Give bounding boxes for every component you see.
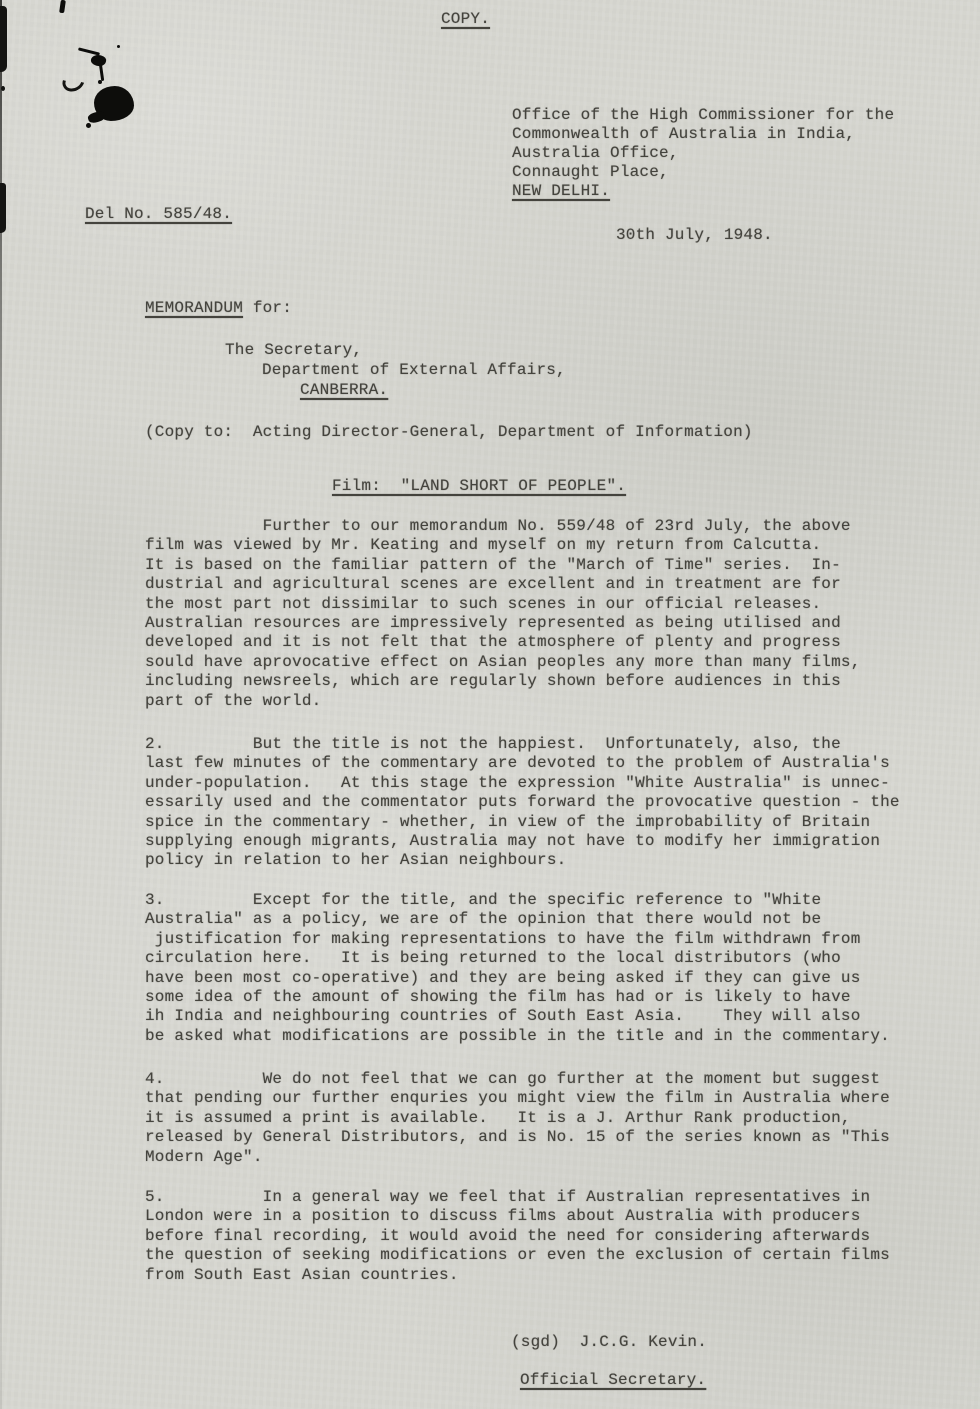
ink-speck: [86, 123, 91, 128]
paragraph-2: 2. But the title is not the happiest. Un…: [145, 735, 900, 871]
ink-speck: [98, 80, 102, 84]
ink-speck: [117, 45, 120, 48]
copy-to-line: (Copy to: Acting Director-General, Depar…: [145, 423, 753, 442]
letterhead-line: Australia Office,: [512, 144, 679, 163]
copy-stamp: COPY.: [441, 10, 490, 29]
letterhead-city: NEW DELHI.: [512, 182, 610, 201]
memo-heading-word: MEMORANDUM: [145, 299, 243, 317]
subject-line: Film: "LAND SHORT OF PEOPLE".: [332, 477, 626, 496]
ink-drip: [99, 63, 104, 81]
document-page: COPY. Office of the High Commissioner fo…: [0, 0, 980, 1409]
paragraph-1: Further to our memorandum No. 559/48 of …: [145, 517, 861, 711]
letterhead-line: Connaught Place,: [512, 163, 669, 182]
paragraph-4: 4. We do not feel that we can go further…: [145, 1070, 890, 1167]
ink-crescent: [59, 68, 88, 96]
ink-blot: [87, 109, 107, 124]
paragraph-5: 5. In a general way we feel that if Aust…: [145, 1188, 890, 1285]
scan-edge-artifact: [0, 0, 2, 1409]
ref-number: Del No. 585/48.: [85, 205, 232, 224]
recipient-city: CANBERRA.: [300, 381, 388, 400]
ink-drip: [78, 47, 100, 55]
paragraph-3: 3. Except for the title, and the specifi…: [145, 891, 890, 1046]
letterhead-line: Office of the High Commissioner for the: [512, 106, 894, 125]
recipient-dept: Department of External Affairs,: [262, 361, 566, 380]
signature-title: Official Secretary.: [520, 1371, 706, 1390]
ink-mark: [59, 0, 66, 13]
memo-heading-suffix: for:: [243, 299, 292, 317]
recipient-name: The Secretary,: [225, 341, 362, 360]
memo-heading: MEMORANDUM for:: [145, 299, 292, 318]
date-line: 30th July, 1948.: [616, 226, 773, 245]
letterhead-line: Commonwealth of Australia in India,: [512, 125, 855, 144]
signature-signed: (sgd) J.C.G. Kevin.: [511, 1333, 707, 1352]
